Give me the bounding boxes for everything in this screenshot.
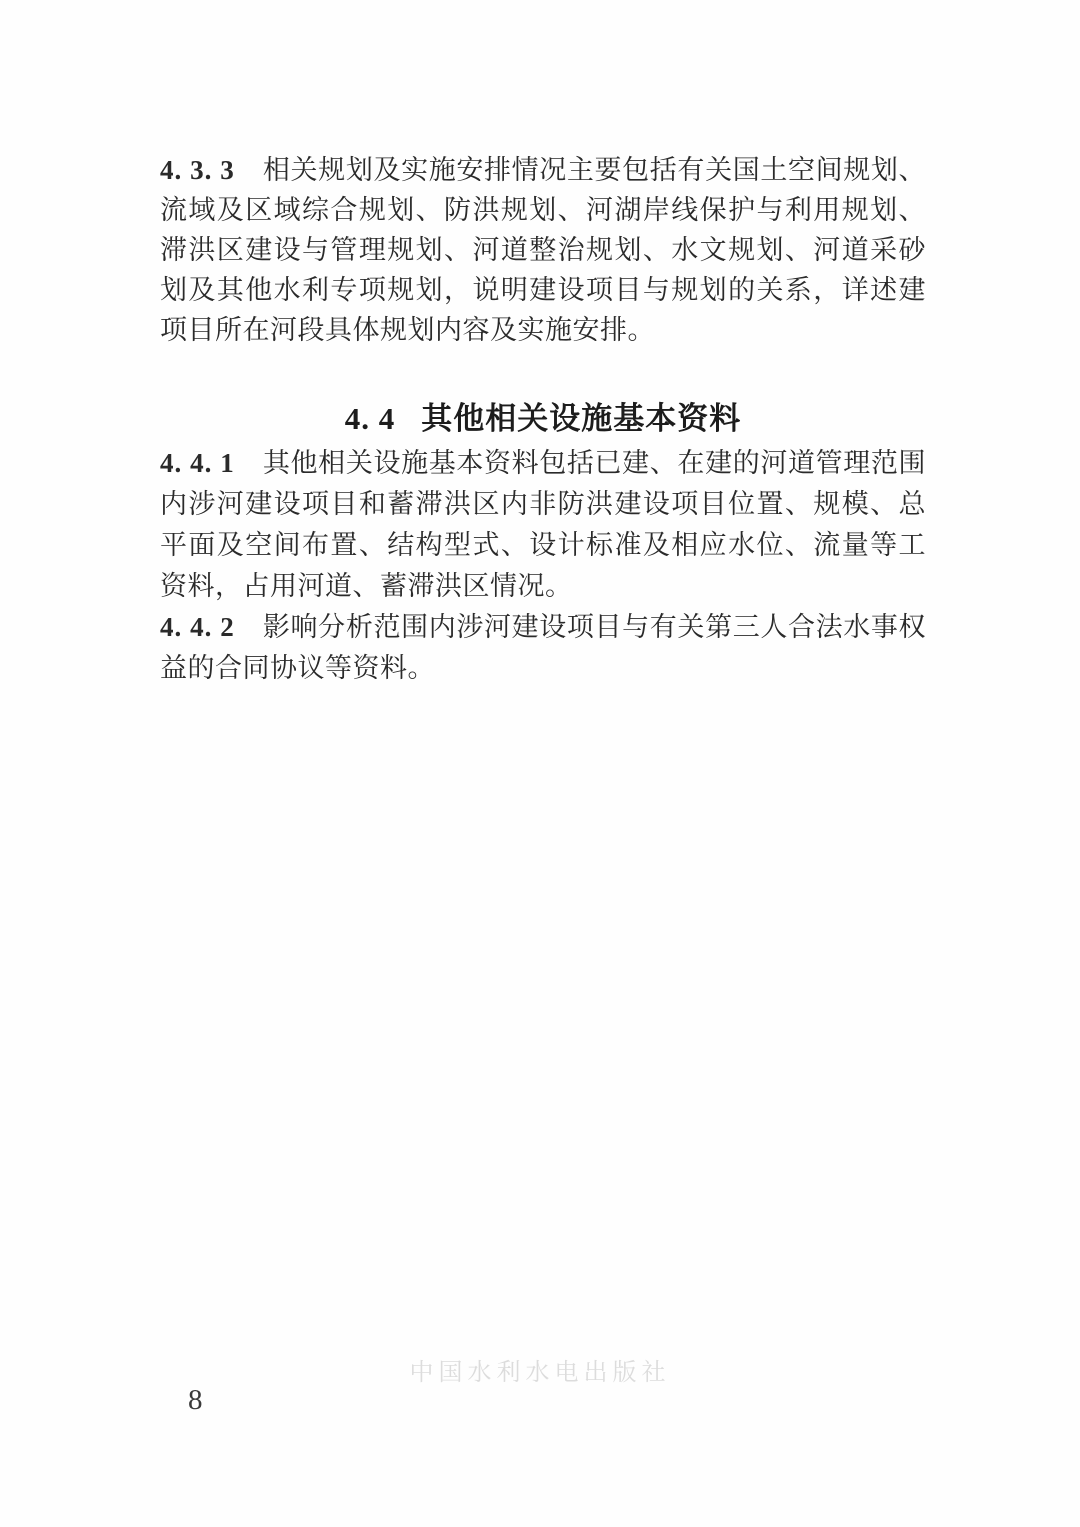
clause-line: 4. 4. 2影响分析范围内涉河建设项目与有关第三人合法水事权 [160,607,926,648]
clause-line: 流域及区域综合规划、防洪规划、河湖岸线保护与利用规划、蓄 [160,190,926,230]
clause-line: 项目所在河段具体规划内容及实施安排。 [160,310,926,350]
page-number: 8 [188,1382,203,1418]
clause-text: 其他相关设施基本资料包括已建、在建的河道管理范围 [263,448,926,478]
clause-4-4-1: 4. 4. 1其他相关设施基本资料包括已建、在建的河道管理范围 内涉河建设项目和… [160,443,926,607]
clause-line: 资料，占用河道、蓄滞洪区情况。 [160,566,926,607]
clause-number: 4. 4. 2 [160,612,235,642]
clause-line: 益的合同协议等资料。 [160,648,926,689]
clause-number: 4. 4. 1 [160,448,235,478]
clause-4-4-2: 4. 4. 2影响分析范围内涉河建设项目与有关第三人合法水事权 益的合同协议等资… [160,607,926,689]
clause-line: 滞洪区建设与管理规划、河道整治规划、水文规划、河道采砂规 [160,230,926,270]
clause-line: 划及其他水利专项规划，说明建设项目与规划的关系，详述建设 [160,270,926,310]
section-heading-4-4: 4. 4其他相关设施基本资料 [160,398,926,440]
clause-text: 影响分析范围内涉河建设项目与有关第三人合法水事权 [263,612,926,642]
publisher-watermark: 中国水利水电出版社 [0,1358,1080,1388]
section-heading-title: 其他相关设施基本资料 [421,401,741,436]
clause-4-3-3: 4. 3. 3相关规划及实施安排情况主要包括有关国土空间规划、 流域及区域综合规… [160,150,926,350]
clause-text: 相关规划及实施安排情况主要包括有关国土空间规划、 [263,155,926,185]
clause-line: 4. 3. 3相关规划及实施安排情况主要包括有关国土空间规划、 [160,150,926,190]
document-page: 4. 3. 3相关规划及实施安排情况主要包括有关国土空间规划、 流域及区域综合规… [0,0,1080,1527]
clause-line: 平面及空间布置、结构型式、设计标准及相应水位、流量等工程 [160,525,926,566]
section-heading-number: 4. 4 [345,401,396,436]
clause-number: 4. 3. 3 [160,155,235,185]
clause-line: 内涉河建设项目和蓄滞洪区内非防洪建设项目位置、规模、总体 [160,484,926,525]
clause-line: 4. 4. 1其他相关设施基本资料包括已建、在建的河道管理范围 [160,443,926,484]
